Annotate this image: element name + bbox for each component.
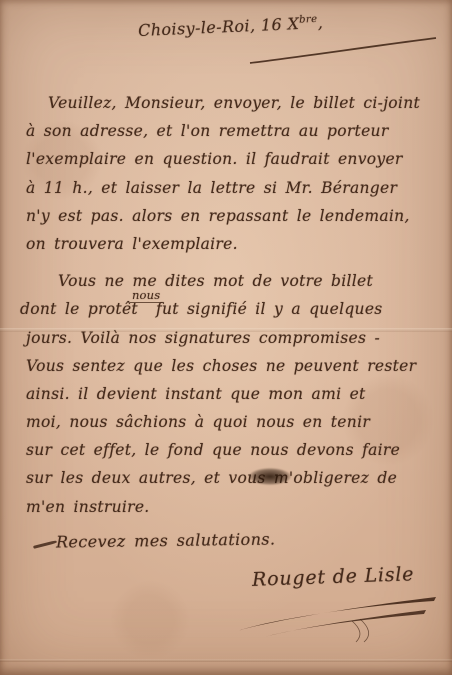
ink-blot <box>249 468 291 485</box>
dateline-comma: , <box>317 13 323 32</box>
closing-salutation: Recevez mes salutations. <box>56 529 276 551</box>
letter-line: à 11 h., et laisser la lettre si Mr. Bér… <box>26 179 444 207</box>
letter-line: jours. Voilà nos signatures compromises … <box>26 329 444 357</box>
letter-line: sur cet effet, le fond que nous devons f… <box>26 441 444 469</box>
inserted-word: nous <box>130 288 162 303</box>
line-segment: dont le protêt <box>20 300 138 318</box>
letter-line: à son adresse, et l'on remettra au porte… <box>26 122 444 150</box>
letter-line: moi, nous sâchions à quoi nous en tenir <box>26 413 444 441</box>
signature-paraph-flourish <box>236 594 444 644</box>
letter-line: sur les deux autres, et vous m'obligerez… <box>26 469 444 497</box>
fold-crease <box>0 328 452 332</box>
letter-line: m'en instruire. <box>26 498 444 526</box>
letter-line: Vous sentez que les choses ne peuvent re… <box>26 357 444 385</box>
dateline-month-superscript: bre <box>299 14 318 26</box>
bottom-edge-crease <box>0 659 452 662</box>
signature: Rouget de Lisle <box>252 563 415 591</box>
letter-page: Choisy-le-Roi, 16 Xbre, Veuillez, Monsie… <box>0 0 452 675</box>
letter-line: ainsi. il devient instant que mon ami et <box>26 385 444 413</box>
dateline-underline-flourish <box>248 36 438 66</box>
letter-line: Veuillez, Monsieur, envoyer, le billet c… <box>26 94 444 122</box>
letter-line: l'exemplaire en question. il faudrait en… <box>26 150 444 178</box>
closing-lead-in-stroke <box>33 540 57 549</box>
letter-line: on trouvera l'exemplaire. <box>26 235 444 263</box>
letter-body: Veuillez, Monsieur, envoyer, le billet c… <box>26 94 444 526</box>
letter-line-with-insertion: dont le protêtnousfut signifié il y a qu… <box>20 300 444 328</box>
letter-line: Vous ne me dites mot de votre billet <box>26 272 444 300</box>
letter-line: n'y est pas. alors en repassant le lende… <box>26 207 444 235</box>
line-segment: fut signifié il y a quelques <box>156 300 383 318</box>
